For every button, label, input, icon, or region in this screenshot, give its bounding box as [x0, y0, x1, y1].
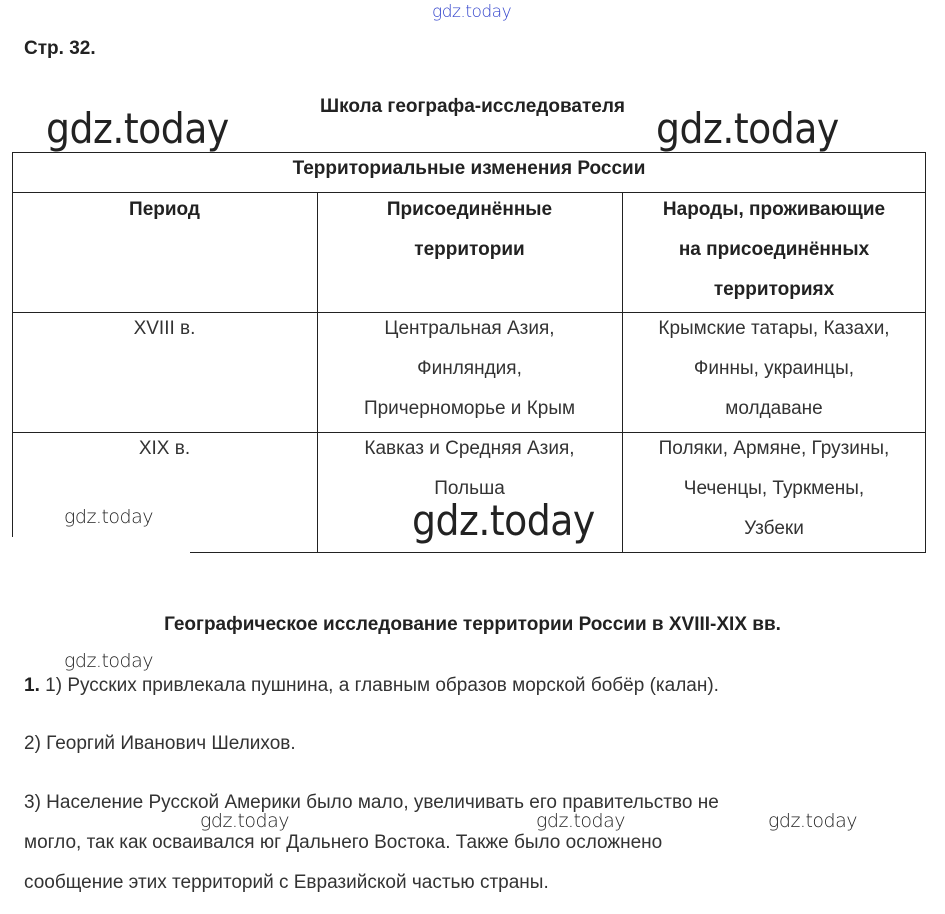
watermark: gdz.today — [412, 496, 595, 545]
question-number: 1. — [24, 675, 40, 696]
cell-line: молдаване — [622, 389, 926, 429]
cell-line: Чеченцы, Туркмены, — [622, 469, 926, 509]
table-caption: Территориальные изменения России — [12, 152, 926, 186]
header-peoples-line: на присоединённых — [622, 230, 926, 270]
table-cell-period: XIX в. — [12, 429, 317, 469]
cell-line: Причерноморье и Крым — [317, 389, 622, 429]
watermark: gdz.today — [64, 650, 153, 672]
page-reference: Стр. 32. — [24, 38, 96, 60]
watermark: gdz.today — [200, 810, 289, 832]
answer-1-2: 2) Георгий Иванович Шелихов. — [24, 733, 296, 755]
watermark-top: gdz.today — [432, 2, 511, 22]
answer-text: 1) Русских привлекала пушнина, а главным… — [45, 675, 719, 696]
territorial-changes-table: Территориальные изменения России Период … — [12, 152, 926, 552]
header-period-line: Период — [12, 190, 317, 230]
header-territories-line: территории — [317, 230, 622, 270]
cell-line: Узбеки — [622, 509, 926, 549]
header-period: Период — [12, 190, 317, 230]
answer-1-3-line: могло, так как осваивался юг Дальнего Во… — [24, 832, 662, 854]
header-peoples-line: Народы, проживающие — [622, 190, 926, 230]
table-cell-peoples: Крымские татары, Казахи, Финны, украинцы… — [622, 309, 926, 429]
answer-1-3-line: сообщение этих территорий с Евразийской … — [24, 872, 549, 894]
watermark: gdz.today — [656, 104, 839, 153]
cell-line: Кавказ и Средняя Азия, — [317, 429, 622, 469]
table-cell-period: XVIII в. — [12, 309, 317, 349]
watermark: gdz.today — [536, 810, 625, 832]
header-territories: Присоединённые территории — [317, 190, 622, 270]
table-cell-territories: Центральная Азия, Финляндия, Причерномор… — [317, 309, 622, 429]
header-peoples-line: территориях — [622, 270, 926, 310]
cell-line: Центральная Азия, — [317, 309, 622, 349]
watermark: gdz.today — [64, 506, 153, 528]
cell-line: Крымские татары, Казахи, — [622, 309, 926, 349]
cell-line: Поляки, Армяне, Грузины, — [622, 429, 926, 469]
watermark: gdz.today — [46, 104, 229, 153]
header-peoples: Народы, проживающие на присоединённых те… — [622, 190, 926, 310]
watermark: gdz.today — [768, 810, 857, 832]
answer-1-1: 1. 1) Русских привлекала пушнина, а глав… — [24, 675, 719, 697]
cell-line: Финляндия, — [317, 349, 622, 389]
cell-line: Финны, украинцы, — [622, 349, 926, 389]
section-title-research: Географическое исследование территории Р… — [0, 614, 945, 636]
table-cell-peoples: Поляки, Армяне, Грузины, Чеченцы, Туркме… — [622, 429, 926, 549]
cell-line: XVIII в. — [12, 309, 317, 349]
header-territories-line: Присоединённые — [317, 190, 622, 230]
cell-line: XIX в. — [12, 429, 317, 469]
